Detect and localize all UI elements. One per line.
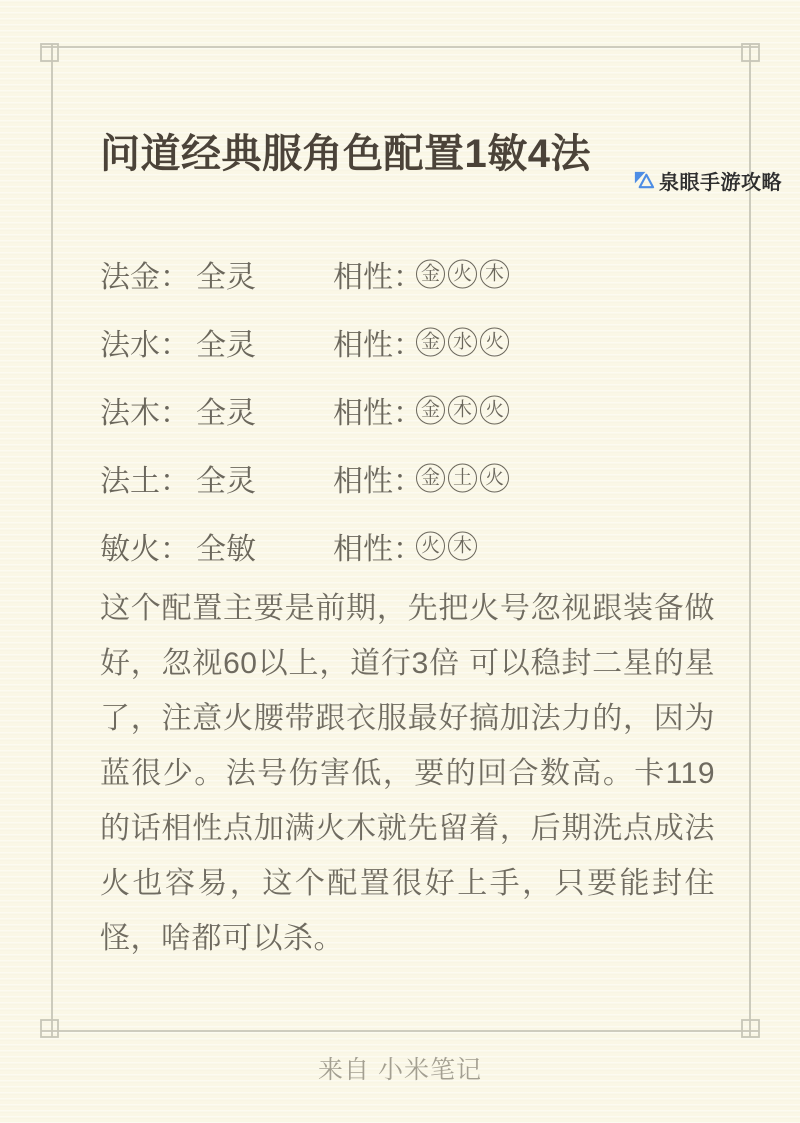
element-badge: 火: [448, 260, 477, 289]
element-badge: 火: [480, 396, 509, 425]
element-badge: 火: [480, 328, 509, 357]
config-row-fashui: 法水： 全灵 相性： 金 水 火: [100, 308, 740, 376]
element-badges: 火 木: [416, 532, 480, 561]
footer-attribution: 来自 小米笔记: [0, 1050, 800, 1086]
element-badge: 金: [416, 328, 445, 357]
xiangxing-label: 相性：: [333, 388, 423, 432]
element-badge: 木: [480, 260, 509, 289]
row-value: 全灵: [196, 320, 256, 364]
row-value: 全灵: [196, 456, 256, 500]
element-badge: 木: [448, 532, 477, 561]
page-title: 问道经典服角色配置1敏4法: [100, 122, 591, 179]
config-list: 法金： 全灵 相性： 金 火 木 法水： 全灵 相性： 金 水 火 法木： 全灵…: [100, 240, 740, 580]
quanyan-logo-icon: [632, 169, 655, 192]
xiangxing-label: 相性：: [333, 252, 423, 296]
row-label: 法木：: [100, 388, 190, 432]
element-badge: 金: [416, 260, 445, 289]
row-label: 法土：: [100, 456, 190, 500]
config-row-fajin: 法金： 全灵 相性： 金 火 木: [100, 240, 740, 308]
watermark-label: 泉眼手游攻略: [659, 166, 782, 195]
config-row-fatu: 法土： 全灵 相性： 金 土 火: [100, 444, 740, 512]
xiangxing-label: 相性：: [333, 320, 423, 364]
element-badges: 金 木 火: [416, 396, 512, 425]
element-badge: 火: [480, 464, 509, 493]
description-text: 这个配置主要是前期，先把火号忽视跟装备做好，忽视60以上，道行3倍 可以稳封二星…: [100, 581, 715, 966]
element-badge: 金: [416, 396, 445, 425]
element-badge: 土: [448, 464, 477, 493]
element-badges: 金 火 木: [416, 260, 512, 289]
watermark: 泉眼手游攻略: [632, 166, 782, 195]
row-label: 敏火：: [100, 524, 190, 568]
xiangxing-label: 相性：: [333, 524, 423, 568]
element-badge: 水: [448, 328, 477, 357]
xiangxing-label: 相性：: [333, 456, 423, 500]
row-label: 法金：: [100, 252, 190, 296]
element-badge: 火: [416, 532, 445, 561]
row-label: 法水：: [100, 320, 190, 364]
frame-corner-square-tl: [41, 44, 58, 61]
frame-corner-square-bl: [41, 1020, 58, 1037]
row-value: 全灵: [196, 388, 256, 432]
row-value: 全灵: [196, 252, 256, 296]
config-row-minhuo: 敏火： 全敏 相性： 火 木: [100, 512, 740, 580]
config-row-famu: 法木： 全灵 相性： 金 木 火: [100, 376, 740, 444]
element-badges: 金 水 火: [416, 328, 512, 357]
frame-corner-square-br: [742, 1020, 759, 1037]
element-badges: 金 土 火: [416, 464, 512, 493]
element-badge: 木: [448, 396, 477, 425]
element-badge: 金: [416, 464, 445, 493]
row-value: 全敏: [196, 524, 256, 568]
frame-corner-square-tr: [742, 44, 759, 61]
